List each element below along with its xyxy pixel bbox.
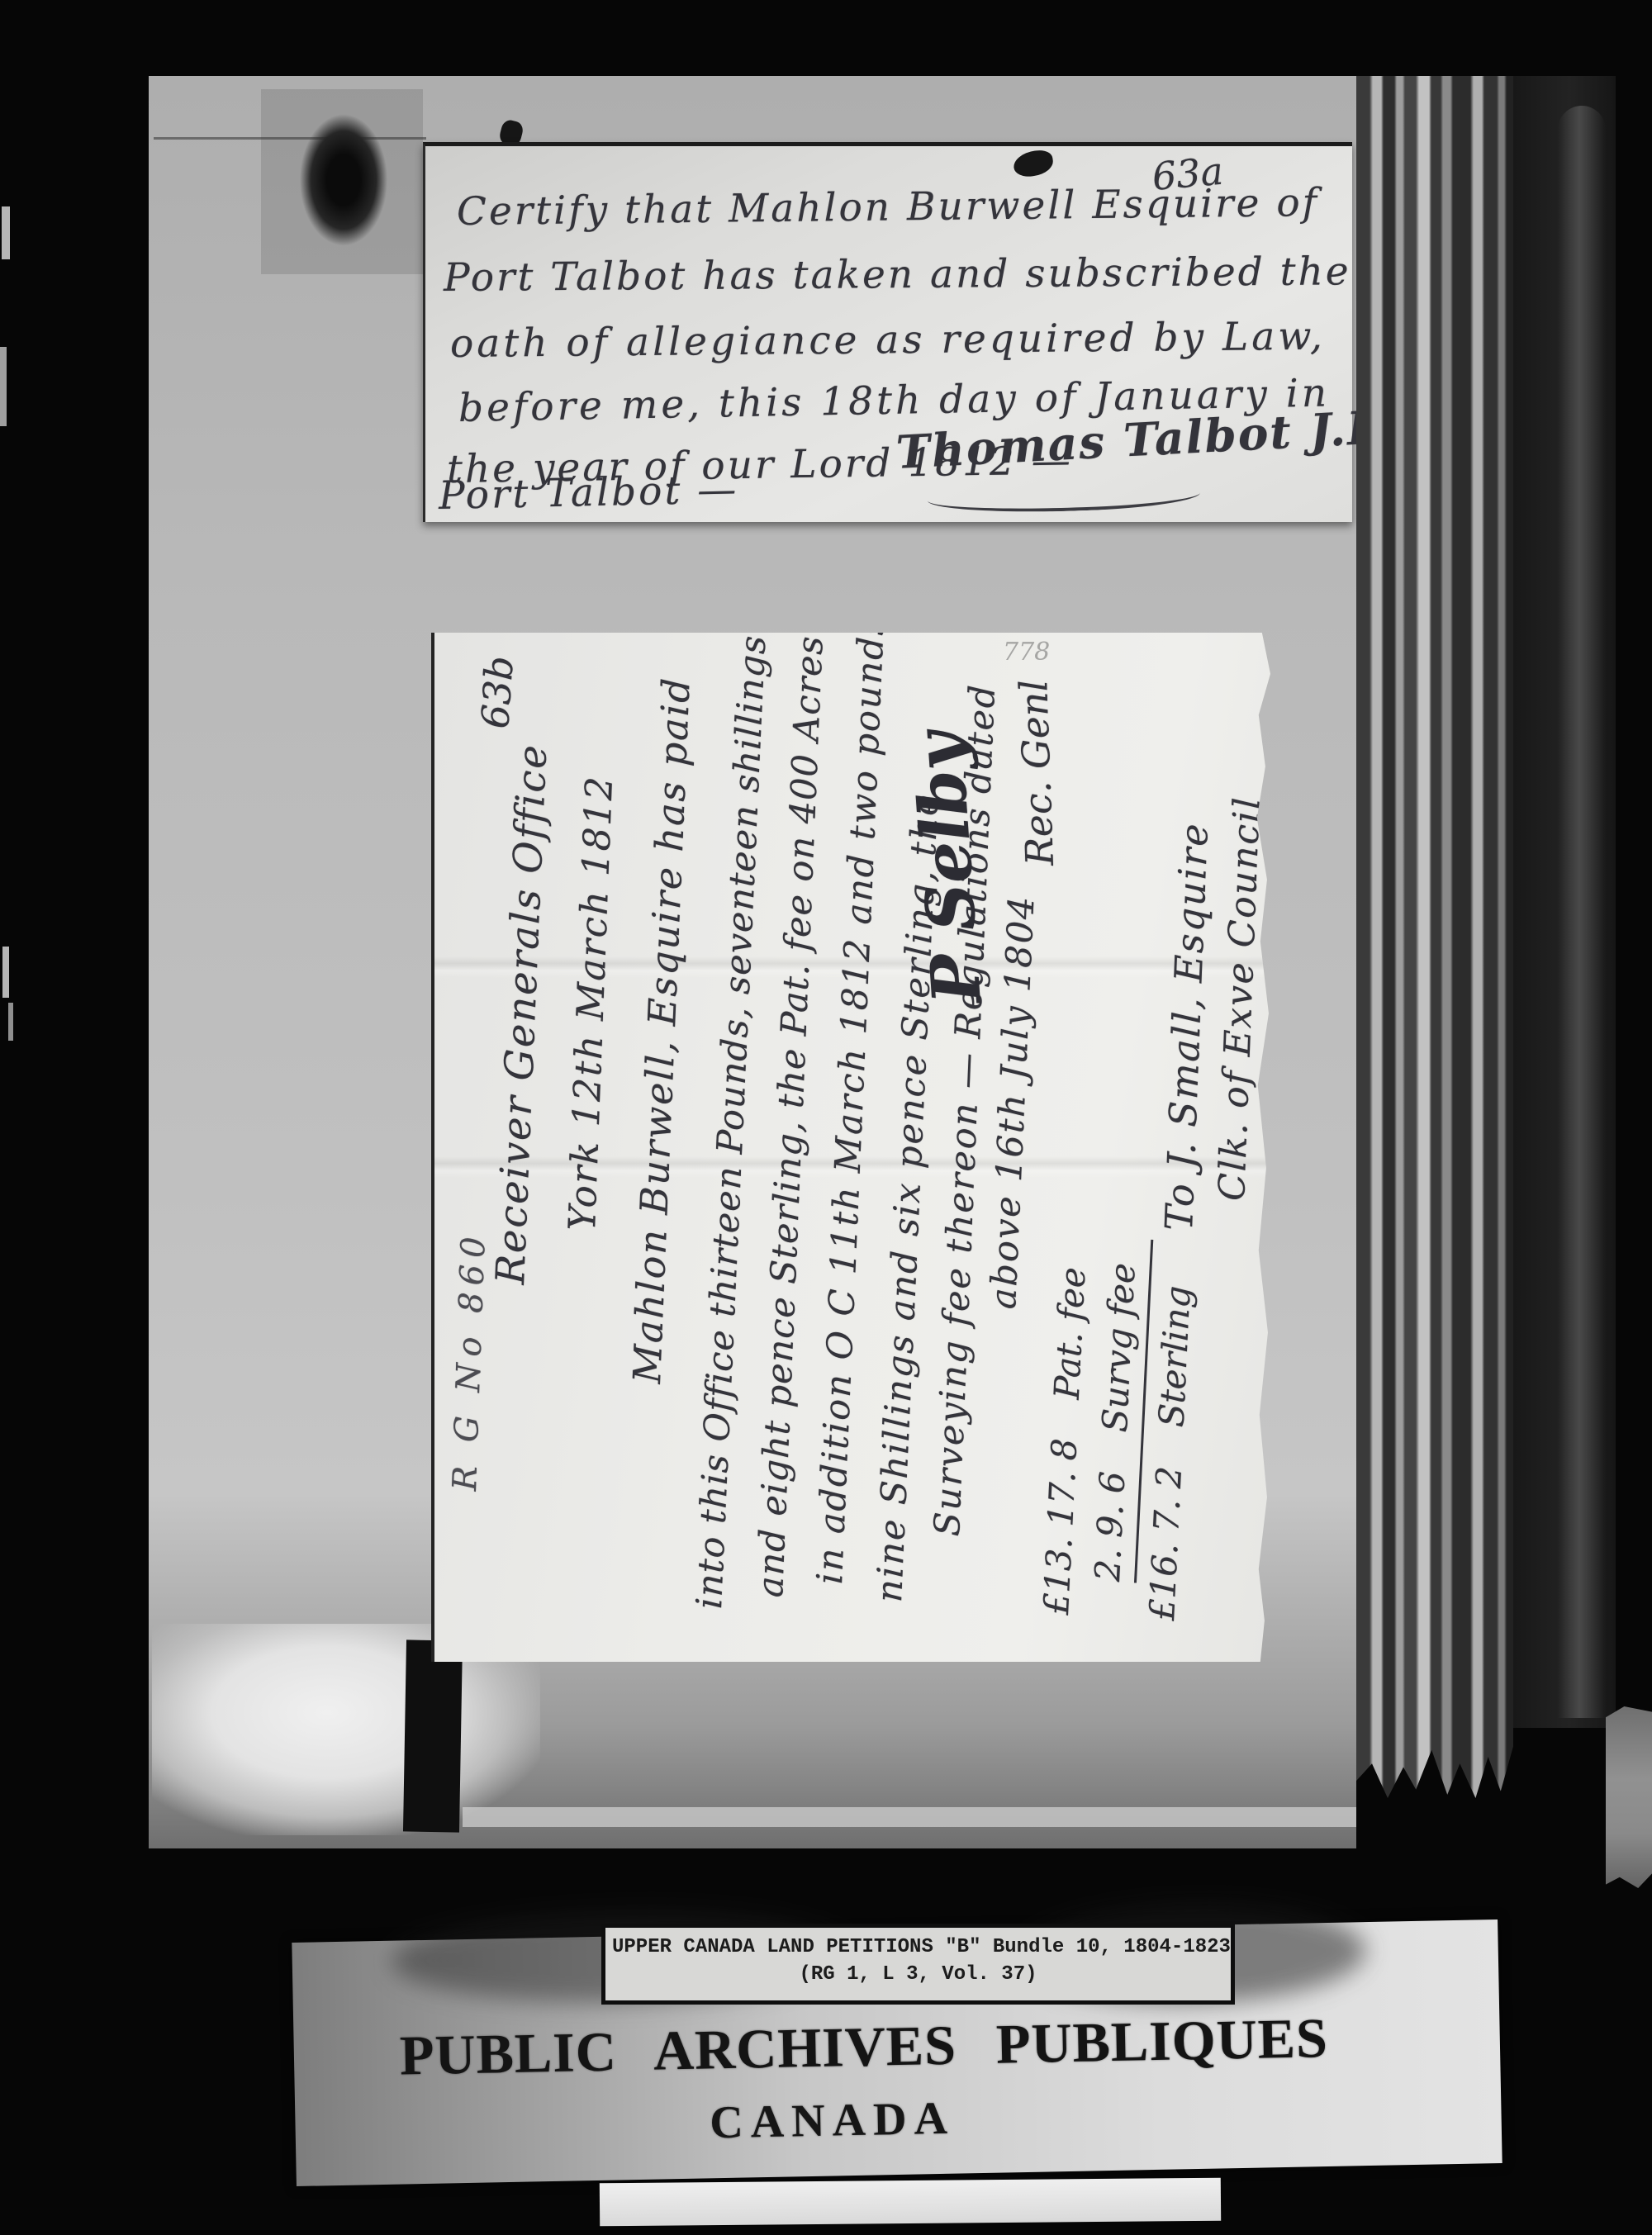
amount-value: 2. 9. 6 [1087,1470,1132,1583]
certificate-document: 63a Certify that Mahlon Burwell Esquire … [423,142,1352,522]
cover-cloth-edge [1606,1706,1652,1888]
page-under-edge [463,1807,1356,1827]
film-right-streak [1558,106,1606,1718]
receipt-line: York 12th March 1812 [560,774,621,1231]
film-edge-speck [2,206,10,259]
reference-label: UPPER CANADA LAND PETITIONS "B" Bundle 1… [601,1924,1235,2005]
receipt-addressee-title: Clk. of Exve Council [1211,795,1269,1202]
amount-label: Sterling [1151,1285,1198,1429]
ink-blot [1012,149,1055,178]
receipt-addressee: To J. Small, Esquire [1156,821,1217,1231]
signature-flourish [928,485,1201,516]
amount-value: £13. 17. 8 [1036,1437,1085,1616]
reference-line1: UPPER CANADA LAND PETITIONS "B" Bundle 1… [605,1928,1231,1958]
archives-title: PUBLIC ARCHIVES PUBLIQUES [326,2004,1401,2090]
page-edge-stack [1356,76,1513,1798]
reference-line2: (RG 1, L 3, Vol. 37) [605,1958,1231,1986]
archives-subtitle: CANADA [328,2085,1336,2157]
amount-label: Pat. fee [1047,1266,1094,1400]
amount-row: 2. 9. 6 Survg fee [1087,1237,1153,1583]
receipt-line: Receiver Generals Office [487,743,556,1285]
amount-label: Survg fee [1094,1262,1143,1433]
certificate-line: Certify that Mahlon Burwell Esquire of [457,180,1320,235]
certificate-line: Port Talbot has taken and subscribed the [444,249,1351,301]
microfilm-frame: 63a Certify that Mahlon Burwell Esquire … [0,0,1652,2235]
receipt-rotated-text: R G No 860 Receiver Generals Office 63b … [434,633,1270,1660]
film-edge-speck [8,1003,13,1041]
certificate-place: Port Talbot — [438,467,738,519]
receipt-registry-note: R G No 860 [446,1230,493,1492]
film-edge-speck [2,947,9,998]
receipt-line: Mahlon Burwell, Esquire has paid [624,676,699,1384]
amount-value: £16. 7. 2 [1142,1465,1189,1621]
amount-row: £16. 7. 2 Sterling [1142,1285,1199,1622]
bottom-card-edge [600,2178,1221,2227]
receipt-docket: 63b [472,654,522,730]
film-edge-speck [0,347,7,426]
certificate-line: oath of allegiance as required by Law, [450,314,1326,367]
receipt-document: 778 R G No 860 Receiver Generals Office … [431,633,1270,1662]
receipt-signature-title: Rec. Genl [1011,679,1062,866]
page-gutter-shadow [403,1639,463,1832]
amount-row: £13. 17. 8 Pat. fee [1036,1266,1094,1616]
